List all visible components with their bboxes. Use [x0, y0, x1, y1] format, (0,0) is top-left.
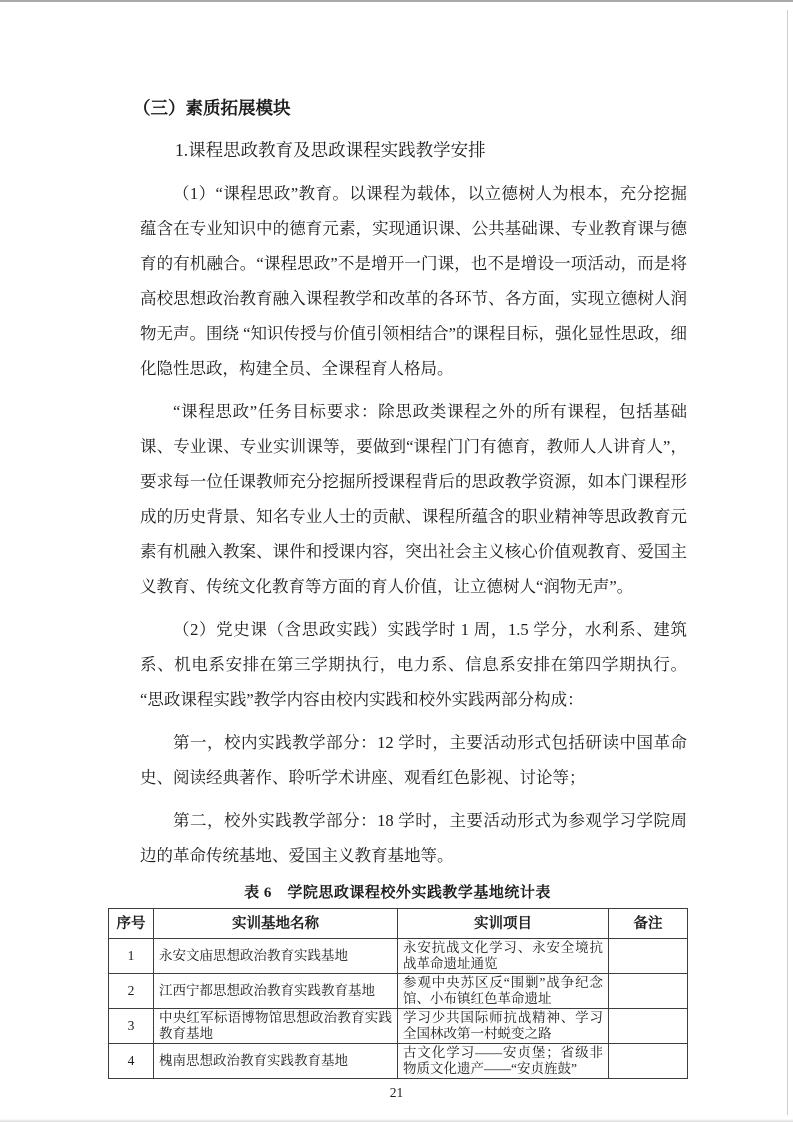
scan-artifact-right-edge [787, 10, 788, 1115]
note-cell [609, 939, 688, 974]
practice-base-table-block: 表 6 学院思政课程校外实践教学基地统计表 序号 实训基地名称 实训项目 备注 … [108, 881, 687, 1079]
practice-base-table: 序号 实训基地名称 实训项目 备注 1 永安文庙思想政治教育实践基地 永安抗战文… [108, 908, 688, 1079]
row-index: 4 [109, 1044, 154, 1079]
base-name: 永安文庙思想政治教育实践基地 [154, 939, 398, 974]
project-name: 古文化学习——安贞堡；省级非物质文化遗产——“安贞旌鼓” [398, 1044, 609, 1079]
note-cell [609, 1044, 688, 1079]
table-row: 1 永安文庙思想政治教育实践基地 永安抗战文化学习、永安全境抗战革命遗址通览 [109, 939, 688, 974]
project-name: 参观中央苏区反“围剿”战争纪念馆、小布镇红色革命遗址 [398, 974, 609, 1009]
row-index: 2 [109, 974, 154, 1009]
page-content: （三）素质拓展模块 1.课程思政教育及思政课程实践教学安排 （1）“课程思政”教… [0, 0, 793, 1079]
subsection-heading: 1.课程思政教育及思政课程实践教学安排 [140, 138, 687, 162]
note-cell [609, 974, 688, 1009]
section-heading: （三）素质拓展模块 [133, 96, 687, 120]
project-name: 永安抗战文化学习、永安全境抗战革命遗址通览 [398, 939, 609, 974]
paragraph-party-history-course: （2）党史课（含思政实践）实践学时 1 周，1.5 学分，水利系、建筑系、机电系… [140, 612, 687, 717]
column-header-index: 序号 [109, 909, 154, 939]
base-name: 槐南思想政治教育实践教育基地 [154, 1044, 398, 1079]
scan-artifact-top-edge [0, 0, 793, 2]
paragraph-on-campus-practice: 第一，校内实践教学部分：12 学时，主要活动形式包括研读中国革命史、阅读经典著作… [140, 725, 687, 795]
page-number: 21 [0, 1085, 793, 1101]
table-caption: 表 6 学院思政课程校外实践教学基地统计表 [108, 881, 687, 902]
paragraph-task-goal-requirements: “课程思政”任务目标要求：除思政类课程之外的所有课程，包括基础课、专业课、专业实… [140, 394, 687, 604]
table-row: 4 槐南思想政治教育实践教育基地 古文化学习——安贞堡；省级非物质文化遗产——“… [109, 1044, 688, 1079]
paragraph-course-ideology-intro: （1）“课程思政”教育。以课程为载体，以立德树人为根本，充分挖掘蕴含在专业知识中… [140, 176, 687, 386]
column-header-project: 实训项目 [398, 909, 609, 939]
table-row: 3 中央红军标语博物馆思想政治教育实践教育基地 学习少共国际师抗战精神、学习全国… [109, 1009, 688, 1044]
scanned-document-page: { "document": { "section_heading": "（三）素… [0, 0, 793, 1122]
paragraph-off-campus-practice: 第二，校外实践教学部分：18 学时，主要活动形式为参观学习学院周边的革命传统基地… [140, 803, 687, 873]
note-cell [609, 1009, 688, 1044]
column-header-base-name: 实训基地名称 [154, 909, 398, 939]
base-name: 江西宁都思想政治教育实践教育基地 [154, 974, 398, 1009]
table-row: 2 江西宁都思想政治教育实践教育基地 参观中央苏区反“围剿”战争纪念馆、小布镇红… [109, 974, 688, 1009]
base-name: 中央红军标语博物馆思想政治教育实践教育基地 [154, 1009, 398, 1044]
project-name: 学习少共国际师抗战精神、学习全国林改第一村蜕变之路 [398, 1009, 609, 1044]
column-header-note: 备注 [609, 909, 688, 939]
row-index: 3 [109, 1009, 154, 1044]
row-index: 1 [109, 939, 154, 974]
table-header-row: 序号 实训基地名称 实训项目 备注 [109, 909, 688, 939]
